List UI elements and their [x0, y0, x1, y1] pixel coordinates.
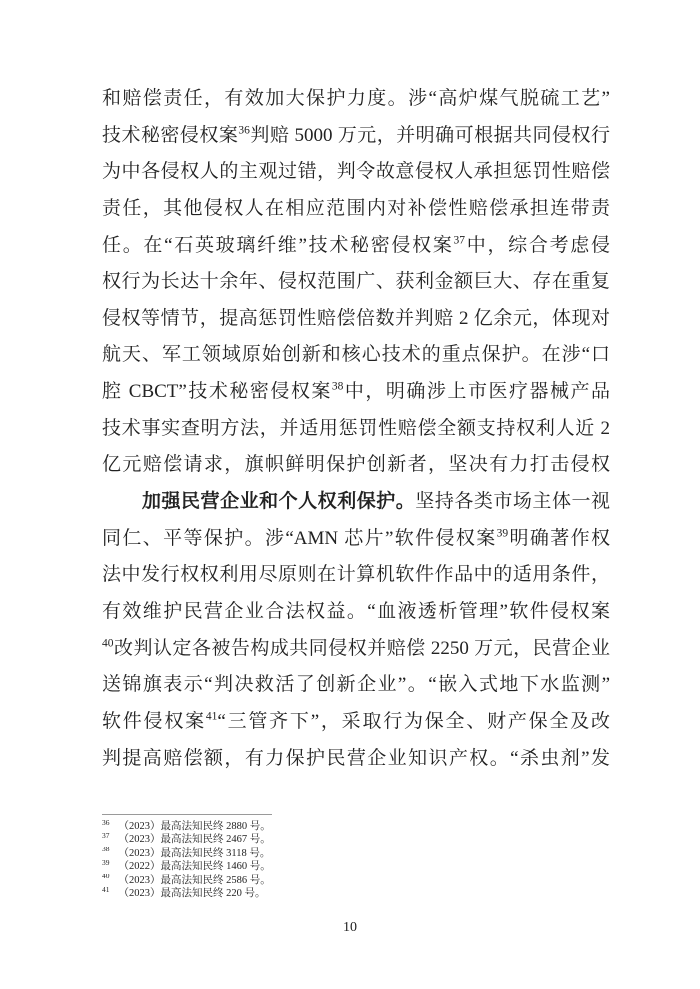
body-line: 和赔偿责任，有效加大保护力度。涉“高炉煤气脱硫工艺”: [102, 81, 610, 118]
body-line: 送锦旗表示“判决救活了创新企业”。“嵌入式地下水监测”: [102, 667, 610, 704]
footnote-item: 40（2023）最高法知民终 2586 号。: [102, 874, 610, 887]
footnote-separator-rule: [102, 814, 272, 815]
body-text-segment: 中，综合考虑侵: [465, 235, 610, 256]
footnote-ref-37: 37: [454, 234, 466, 246]
footnote-ref-41: 41: [206, 711, 218, 723]
body-line: 腔 CBCT”技术秘密侵权案38中，明确涉上市医疗器械产品: [102, 374, 610, 411]
body-text-segment: 责任，其他侵权人在相应范围内对补偿性赔偿承担连带责: [102, 198, 610, 219]
page-number: 10: [0, 919, 700, 937]
body-text-segment: 改判认定各被告构成共同侵权并赔偿 2250 万元，民营企业: [114, 638, 611, 659]
footnote-ref-39: 39: [497, 527, 509, 539]
body-text-segment: 技术事实查明方法，并适用惩罚性赔偿全额支持权利人近 2: [102, 418, 610, 439]
body-text-segment: 判赔 5000 万元，并明确可根据共同侵权行: [250, 125, 610, 146]
body-line: 法中发行权权利用尽原则在计算机软件作品中的适用条件，: [102, 557, 610, 594]
body-text-segment: 判提高赔偿额，有力保护民营企业知识产权。“杀虫剂”发: [102, 748, 610, 769]
footnote-item: 36（2023）最高法知民终 2880 号。: [102, 820, 610, 833]
footnote-ref-40: 40: [102, 637, 114, 649]
body-line: 技术秘密侵权案36判赔 5000 万元，并明确可根据共同侵权行: [102, 118, 610, 155]
document-page: 和赔偿责任，有效加大保护力度。涉“高炉煤气脱硫工艺” 技术秘密侵权案36判赔 5…: [0, 0, 700, 989]
footnote-text: （2022）最高法知民终 1460 号。: [119, 861, 271, 872]
body-line-paragraph-start: 加强民营企业和个人权利保护。坚持各类市场主体一视: [102, 484, 610, 521]
body-line: 软件侵权案41“三管齐下”，采取行为保全、财产保全及改: [102, 704, 610, 741]
footnote-ref-38: 38: [332, 381, 344, 393]
body-text-segment: “三管齐下”，采取行为保全、财产保全及改: [217, 711, 610, 732]
footnote-marker: 38: [102, 847, 110, 854]
body-text-segment: 腔 CBCT”技术秘密侵权案: [102, 381, 332, 402]
footnote-marker: 39: [102, 860, 110, 867]
body-text-segment: 侵权等情节，提高惩罚性赔偿倍数并判赔 2 亿余元，体现对: [102, 308, 610, 329]
body-line: 亿元赔偿请求，旗帜鲜明保护创新者，坚决有力打击侵权者。: [102, 447, 610, 484]
footnote-marker: 37: [102, 833, 110, 840]
footnote-text: （2023）最高法知民终 2467 号。: [119, 834, 271, 845]
footnotes-block: 36（2023）最高法知民终 2880 号。 37（2023）最高法知民终 24…: [102, 814, 610, 900]
footnote-text: （2023）最高法知民终 2880 号。: [119, 821, 271, 832]
body-text-segment: 坚持各类市场主体一视: [415, 491, 610, 512]
body-line: 航天、军工领域原始创新和核心技术的重点保护。在涉“口: [102, 337, 610, 374]
footnote-text: （2023）最高法知民终 220 号。: [119, 888, 266, 899]
body-line: 责任，其他侵权人在相应范围内对补偿性赔偿承担连带责: [102, 191, 610, 228]
footnote-item: 38（2023）最高法知民终 3118 号。: [102, 847, 610, 860]
footnote-marker: 40: [102, 874, 110, 881]
body-text-segment: 和赔偿责任，有效加大保护力度。涉“高炉煤气脱硫工艺”: [102, 88, 610, 109]
footnote-ref-36: 36: [238, 124, 250, 136]
body-text-segment: 亿元赔偿请求，旗帜鲜明保护创新者，坚决有力打击侵权者。: [102, 454, 610, 484]
body-line: 同仁、平等保护。涉“AMN 芯片”软件侵权案39明确著作权: [102, 521, 610, 558]
body-text-segment: 航天、军工领域原始创新和核心技术的重点保护。在涉“口: [102, 344, 610, 365]
footnote-item: 37（2023）最高法知民终 2467 号。: [102, 833, 610, 846]
body-line: 为中各侵权人的主观过错，判令故意侵权人承担惩罚性赔偿: [102, 154, 610, 191]
body-text-block: 和赔偿责任，有效加大保护力度。涉“高炉煤气脱硫工艺” 技术秘密侵权案36判赔 5…: [102, 81, 610, 777]
body-line: 有效维护民营企业合法权益。“血液透析管理”软件侵权案: [102, 594, 610, 631]
body-line: 任。在“石英玻璃纤维”技术秘密侵权案37中，综合考虑侵: [102, 228, 610, 265]
footnote-marker: 41: [102, 887, 110, 894]
footnote-marker: 36: [102, 820, 110, 827]
footnote-text: （2023）最高法知民终 3118 号。: [119, 848, 271, 859]
footnote-text: （2023）最高法知民终 2586 号。: [119, 875, 271, 886]
body-text-segment: 有效维护民营企业合法权益。“血液透析管理”软件侵权案: [102, 601, 610, 622]
paragraph-lead-bold: 加强民营企业和个人权利保护。: [142, 491, 415, 512]
body-line: 判提高赔偿额，有力保护民营企业知识产权。“杀虫剂”发: [102, 741, 610, 778]
body-text-segment: 中，明确涉上市医疗器械产品: [343, 381, 610, 402]
body-line: 权行为长达十余年、侵权范围广、获利金额巨大、存在重复: [102, 264, 610, 301]
body-text-segment: 权行为长达十余年、侵权范围广、获利金额巨大、存在重复: [102, 271, 610, 292]
body-text-segment: 明确著作权: [508, 528, 610, 549]
body-text-segment: 法中发行权权利用尽原则在计算机软件作品中的适用条件，: [102, 564, 610, 585]
body-text-segment: 技术秘密侵权案: [102, 125, 238, 146]
footnote-item: 41（2023）最高法知民终 220 号。: [102, 887, 610, 900]
body-line: 侵权等情节，提高惩罚性赔偿倍数并判赔 2 亿余元，体现对: [102, 301, 610, 338]
body-text-segment: 送锦旗表示“判决救活了创新企业”。“嵌入式地下水监测”: [102, 674, 610, 695]
body-text-segment: 软件侵权案: [102, 711, 206, 732]
footnote-item: 39（2022）最高法知民终 1460 号。: [102, 860, 610, 873]
body-text-segment: 任。在“石英玻璃纤维”技术秘密侵权案: [102, 235, 454, 256]
body-text-segment: 同仁、平等保护。涉“AMN 芯片”软件侵权案: [102, 528, 497, 549]
body-text-segment: 为中各侵权人的主观过错，判令故意侵权人承担惩罚性赔偿: [102, 161, 610, 182]
body-line: 40改判认定各被告构成共同侵权并赔偿 2250 万元，民营企业: [102, 631, 610, 668]
body-line: 技术事实查明方法，并适用惩罚性赔偿全额支持权利人近 2: [102, 411, 610, 448]
